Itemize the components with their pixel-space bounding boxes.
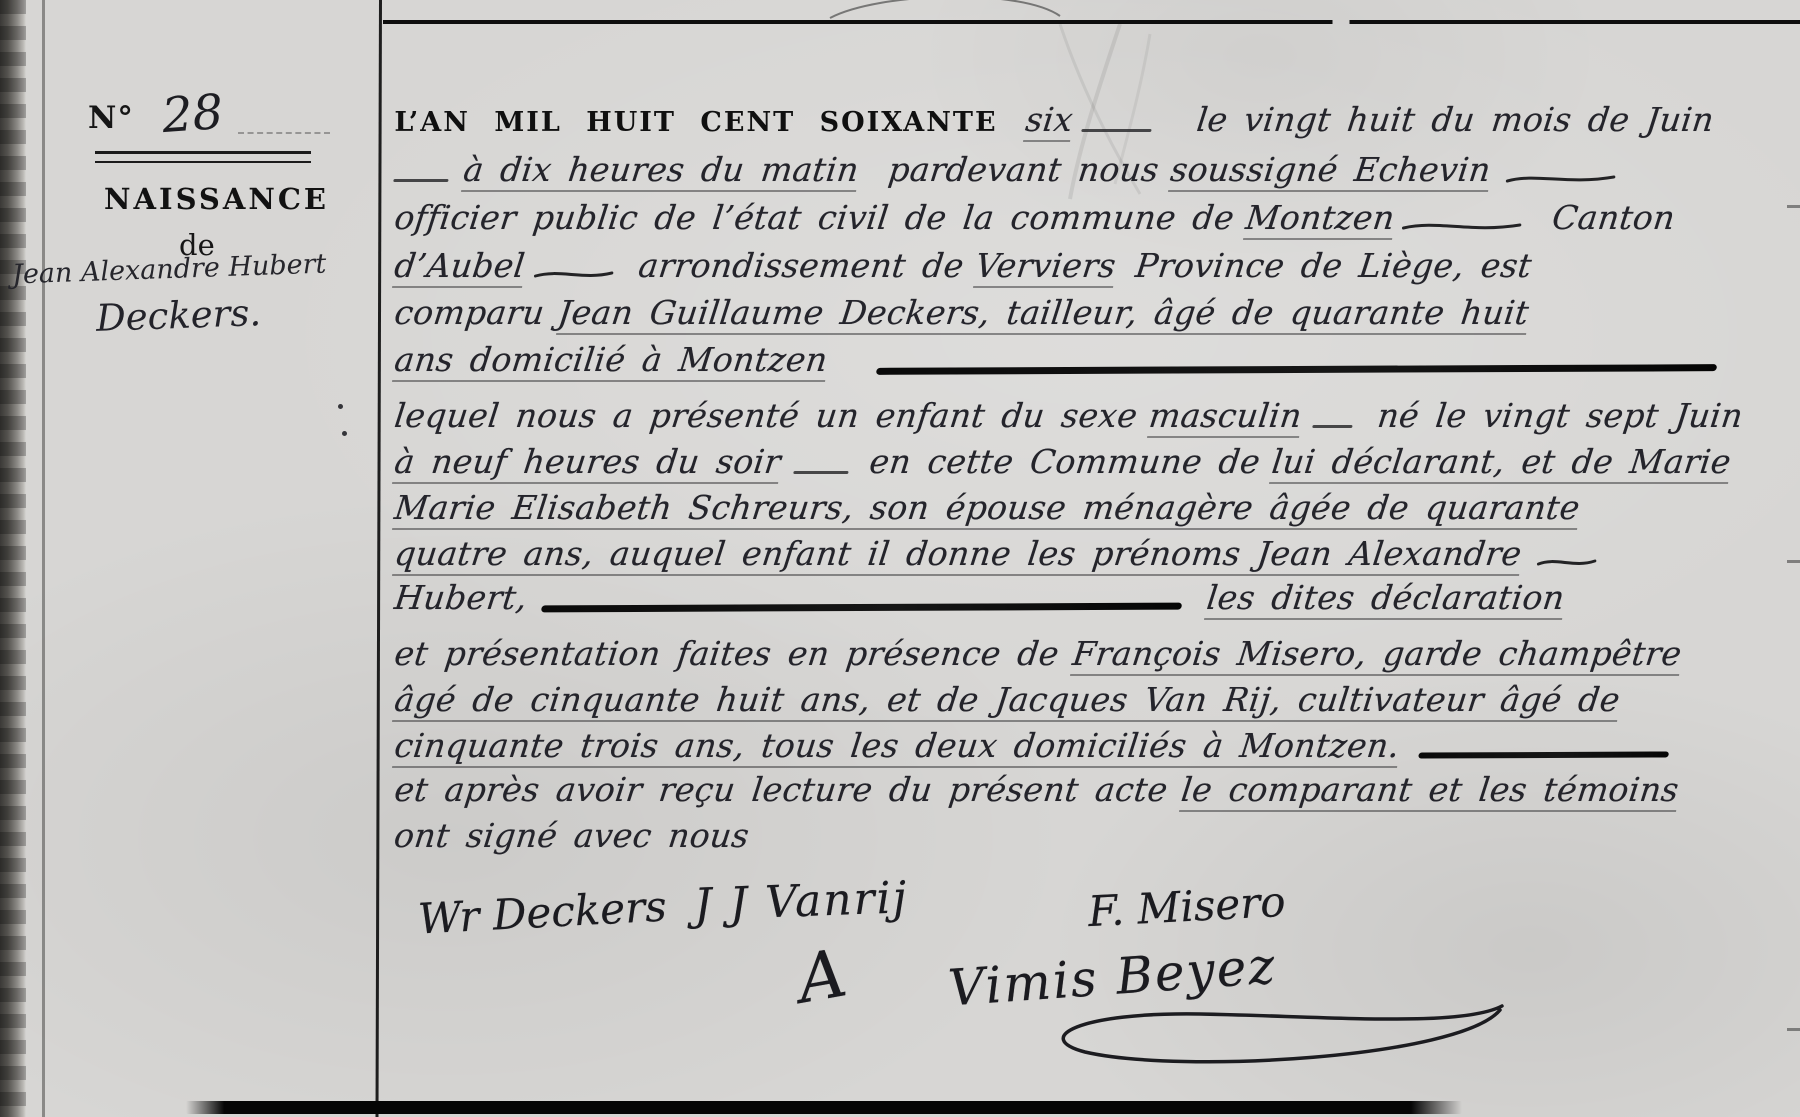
handwritten-segment: Montzen — [1243, 198, 1397, 240]
pen-swash — [1505, 172, 1617, 186]
act-number-value: 28 — [160, 84, 225, 144]
handwritten-segment: Jean Guillaume Deckers, tailleur, âgé de… — [556, 293, 1532, 335]
previous-entry-separator-rule — [383, 20, 1800, 24]
margin-child-name-line2: Deckers. — [95, 291, 261, 340]
margin-colon-dots — [338, 404, 343, 409]
act-line: et présentation faites en présence de Fr… — [392, 634, 1684, 676]
signature-witness-vanrij: J J Vanrij — [693, 872, 909, 930]
pen-swash — [533, 268, 615, 282]
handwritten-segment: Hubert, — [392, 578, 529, 617]
signature-witness-misero: F. Misero — [1087, 877, 1287, 936]
act-line: à neuf heures du soir en cette Commune d… — [392, 442, 1733, 484]
birth-register-page: N° 28 NAISSANCE de Jean Alexandre Hubert… — [0, 0, 1800, 1117]
handwritten-segment: à neuf heures du soir — [392, 442, 783, 484]
handwritten-segment: soussigné Echevin — [1168, 150, 1493, 192]
act-line: comparu Jean Guillaume Deckers, tailleur… — [392, 293, 1531, 335]
scan-bottom-shadow-band — [186, 1101, 1462, 1114]
handwritten-segment: Verviers — [973, 246, 1118, 288]
signature-declarant: Wr Deckers — [417, 882, 668, 944]
book-binding-texture — [0, 0, 26, 1117]
signature-officer-name: Vimis Beyez — [946, 937, 1278, 1018]
handwritten-segment: d’Aubel — [392, 246, 527, 288]
handwritten-segment: le vingt huit du mois de Juin — [1195, 100, 1717, 139]
handwritten-segment: les dites déclaration — [1204, 578, 1567, 620]
handwritten-segment: à dix heures du matin — [461, 150, 861, 192]
handwritten-segment: le comparant et les témoins — [1179, 770, 1681, 812]
handwritten-segment: âgé de cinquante huit ans, et de Jacques… — [392, 680, 1622, 722]
margin-divider-rule — [375, 0, 382, 1117]
printed-opening-text: L’AN MIL HUIT CENT SOIXANTE — [394, 107, 997, 138]
filler-bar — [876, 364, 1717, 375]
handwritten-segment: six — [1023, 100, 1075, 142]
act-line: L’AN MIL HUIT CENT SOIXANTE six le vingt… — [392, 100, 1716, 142]
handwritten-segment: cinquante trois ans, tous les deux domic… — [392, 726, 1402, 768]
filler-dash — [793, 471, 848, 474]
record-type-title: NAISSANCE — [104, 182, 329, 216]
handwritten-segment: François Misero, garde champêtre — [1070, 634, 1684, 676]
signature-officer-initial: A — [792, 934, 852, 1018]
handwritten-segment: masculin — [1147, 396, 1305, 438]
handwritten-segment: arrondissement de — [636, 246, 966, 285]
act-line: ont signé avec nous — [392, 816, 751, 855]
act-line: d’Aubel arrondissement de Verviers Provi… — [392, 246, 1534, 288]
act-line: lequel nous a présenté un enfant du sexe… — [392, 396, 1745, 438]
page-edge-mark — [1787, 1028, 1800, 1031]
act-line: Hubert, les dites déclaration — [392, 578, 1567, 620]
margin-double-rule — [95, 151, 311, 163]
act-line: officier public de l’état civil de la co… — [392, 198, 1677, 240]
act-line: quatre ans, auquel enfant il donne les p… — [392, 534, 1600, 576]
handwritten-segment: officier public de l’état civil de la co… — [392, 198, 1236, 237]
act-line: Marie Elisabeth Schreurs, son épouse mén… — [392, 488, 1582, 530]
handwritten-segment: quatre ans, auquel enfant il donne les p… — [392, 534, 1524, 576]
handwritten-segment: comparu — [392, 293, 546, 332]
act-line: âgé de cinquante huit ans, et de Jacques… — [392, 680, 1622, 722]
act-number-ruled-dots — [238, 132, 330, 134]
handwritten-segment: en cette Commune de — [867, 442, 1262, 481]
act-line: et après avoir reçu lecture du présent a… — [392, 770, 1681, 812]
pen-swash — [1401, 220, 1523, 234]
filler-bar — [541, 602, 1182, 612]
filler-bar — [1418, 751, 1669, 758]
act-number-label: N° — [88, 100, 134, 136]
filler-dash — [1082, 129, 1152, 132]
handwritten-segment: Province de Liège, est — [1133, 246, 1534, 285]
pen-swash — [1536, 556, 1598, 570]
handwritten-segment: et présentation faites en présence de — [392, 634, 1061, 673]
act-line: ans domicilié à Montzen — [392, 340, 1720, 382]
page-edge-mark — [1787, 205, 1800, 208]
handwritten-segment: ont signé avec nous — [392, 816, 751, 855]
handwritten-segment: ans domicilié à Montzen — [392, 340, 830, 382]
handwritten-segment: et après avoir reçu lecture du présent a… — [392, 770, 1170, 809]
margin-child-name-line1: Jean Alexandre Hubert — [12, 249, 327, 291]
handwritten-segment: Canton — [1550, 198, 1677, 237]
handwritten-segment: lequel nous a présenté un enfant du sexe — [392, 396, 1139, 435]
filler-dash — [393, 179, 448, 182]
page-edge-mark — [1787, 560, 1800, 563]
binding-fold-line — [42, 0, 45, 1117]
filler-dash — [1312, 425, 1352, 428]
handwritten-segment: né le vingt sept Juin — [1375, 396, 1745, 435]
act-line: cinquante trois ans, tous les deux domic… — [392, 726, 1672, 768]
handwritten-segment: Marie Elisabeth Schreurs, son épouse mén… — [392, 488, 1582, 530]
act-line: à dix heures du matin pardevant nous sou… — [392, 150, 1619, 192]
handwritten-segment: lui déclarant, et de Marie — [1269, 442, 1733, 484]
handwritten-segment: pardevant nous — [886, 150, 1161, 189]
